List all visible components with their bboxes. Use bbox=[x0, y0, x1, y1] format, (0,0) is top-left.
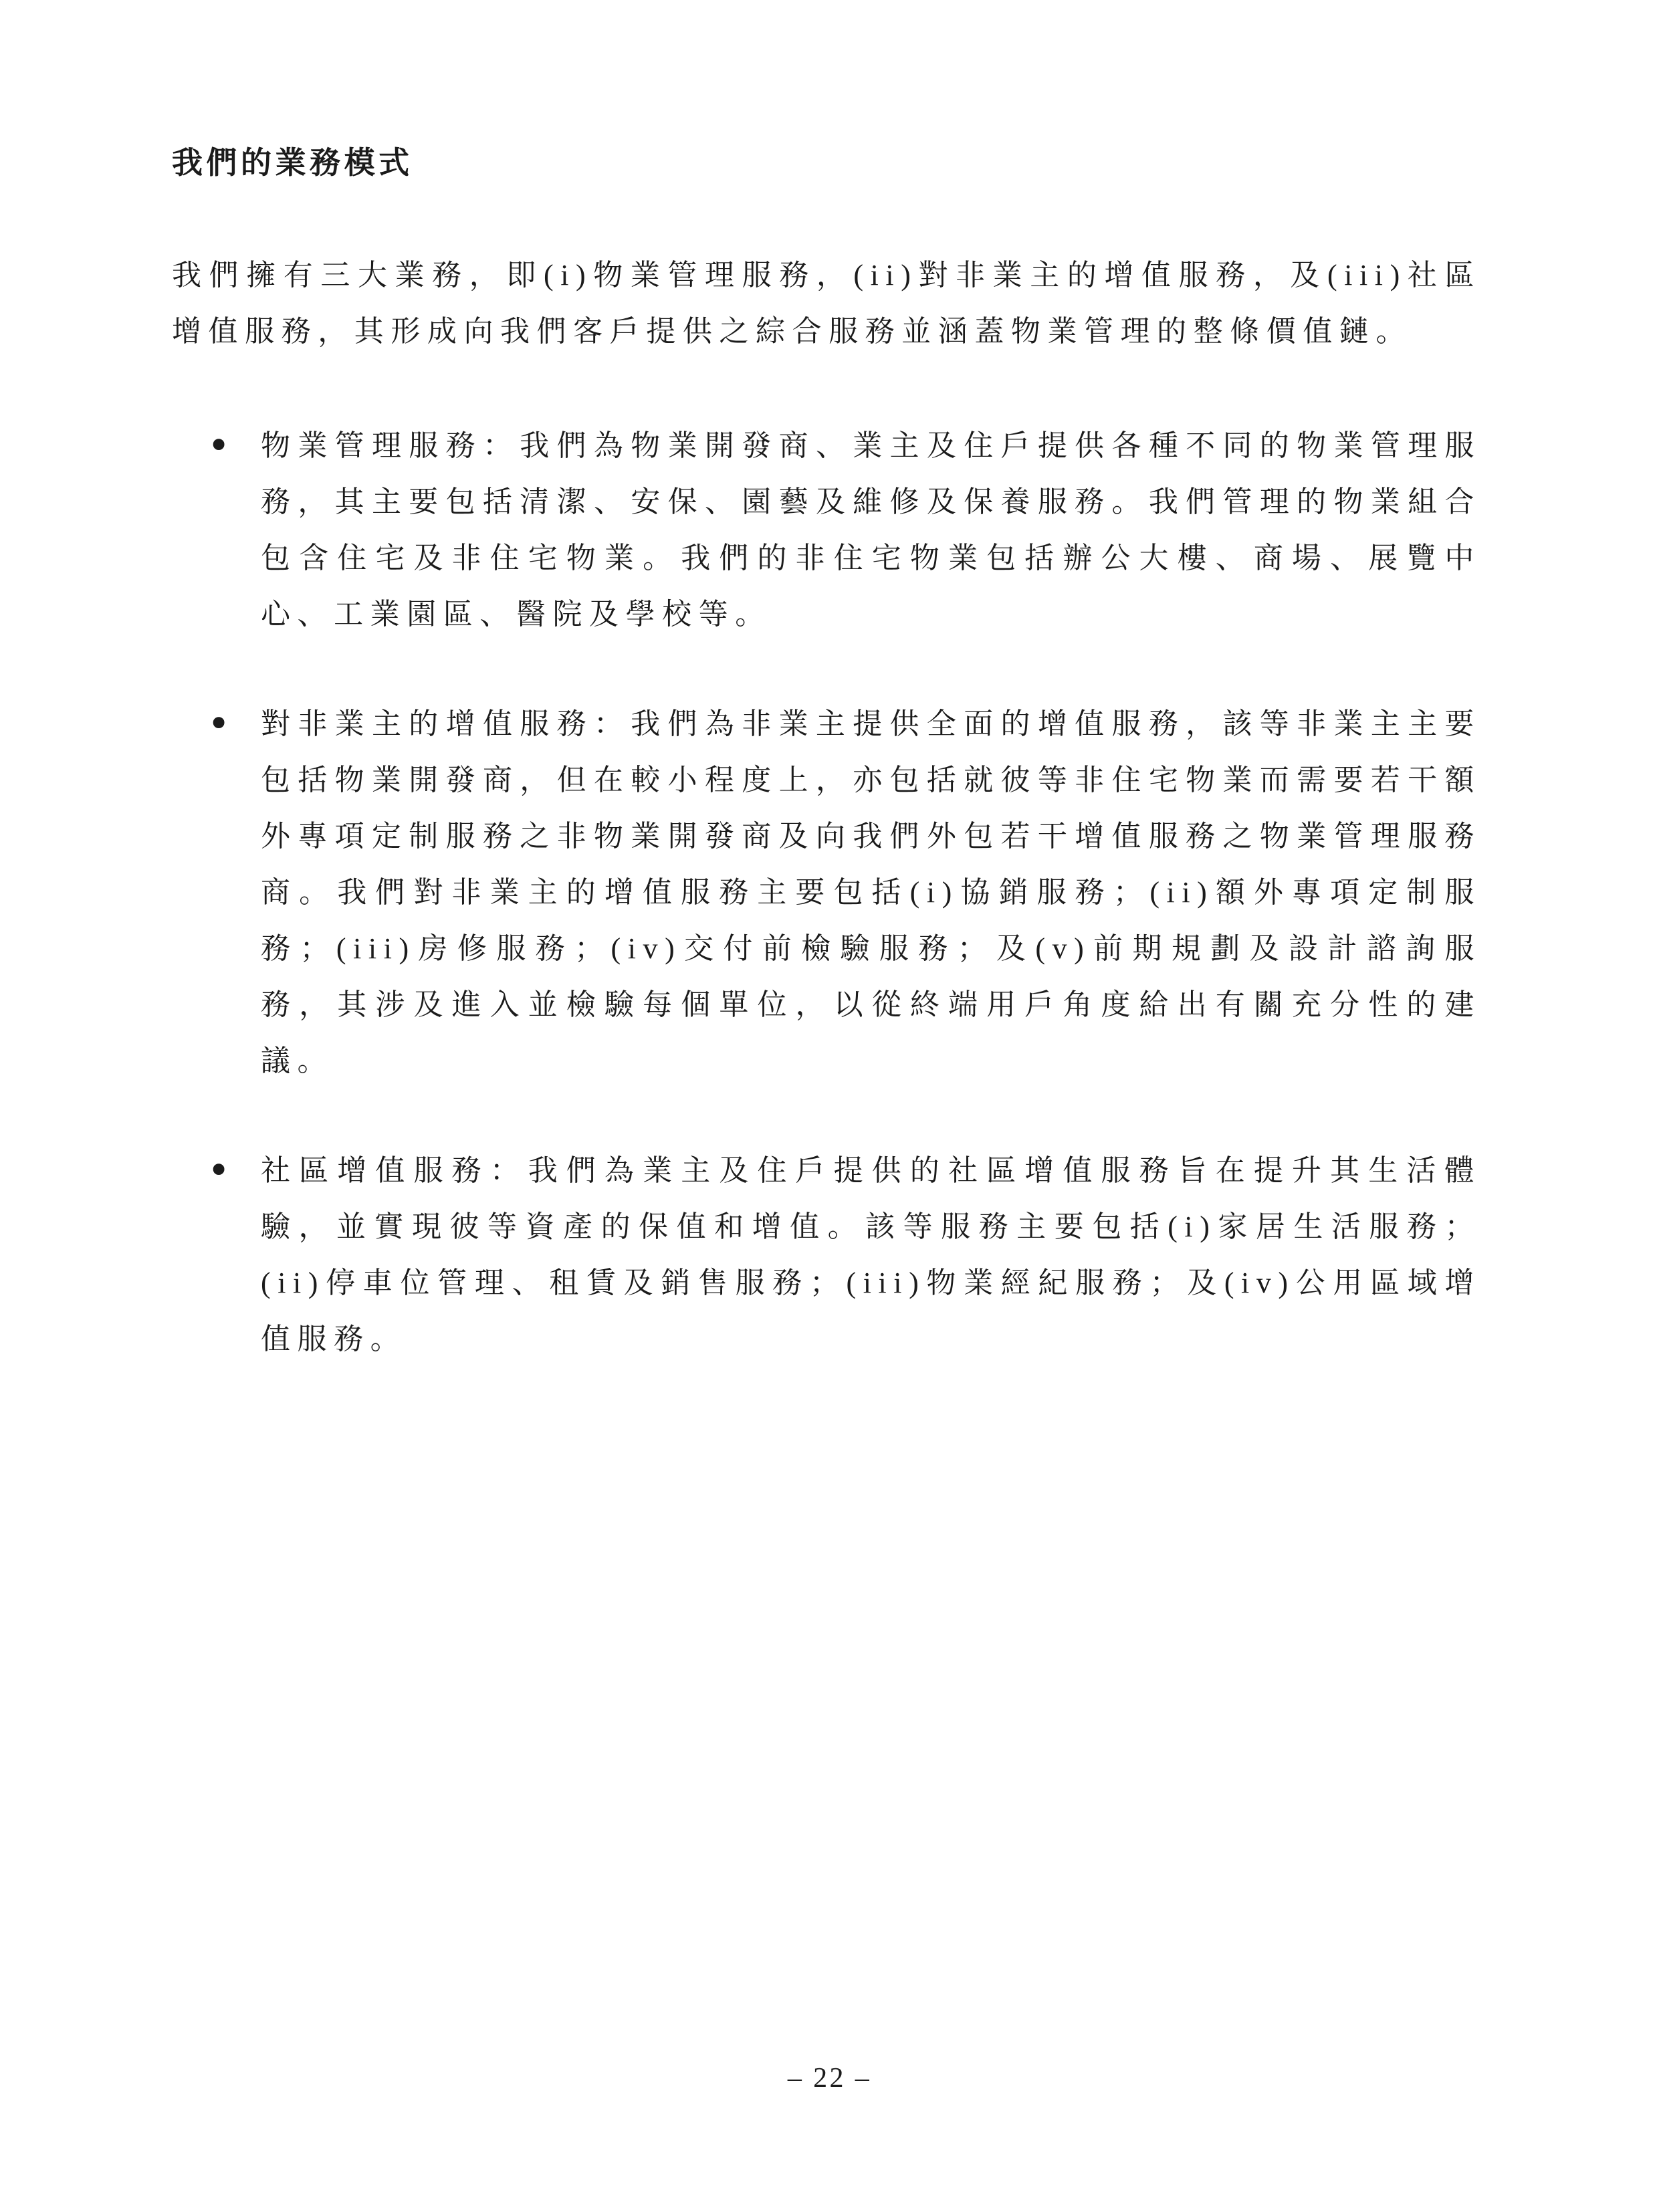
bullet-text: 社區增值服務：我們為業主及住戶提供的社區增值服務旨在提升其生活體驗，並實現彼等資… bbox=[261, 1143, 1481, 1367]
bullet-list: • 物業管理服務：我們為物業開發商、業主及住戶提供各種不同的物業管理服務，其主要… bbox=[172, 418, 1481, 1367]
bullet-item-community-vas: • 社區增值服務：我們為業主及住戶提供的社區增值服務旨在提升其生活體驗，並實現彼… bbox=[207, 1143, 1481, 1367]
page-number: – 22 – bbox=[0, 2061, 1659, 2096]
bullet-marker: • bbox=[207, 418, 261, 473]
intro-paragraph: 我們擁有三大業務，即(i)物業管理服務，(ii)對非業主的增值服務，及(iii)… bbox=[172, 247, 1481, 360]
section-heading: 我們的業務模式 bbox=[172, 142, 1481, 183]
bullet-item-non-owner-vas: • 對非業主的增值服務：我們為非業主提供全面的增值服務，該等非業主主要包括物業開… bbox=[207, 696, 1481, 1089]
bullet-marker: • bbox=[207, 1143, 261, 1198]
bullet-marker: • bbox=[207, 696, 261, 751]
document-page: 我們的業務模式 我們擁有三大業務，即(i)物業管理服務，(ii)對非業主的增值服… bbox=[0, 0, 1659, 2212]
bullet-item-property-management: • 物業管理服務：我們為物業開發商、業主及住戶提供各種不同的物業管理服務，其主要… bbox=[207, 418, 1481, 643]
bullet-text: 物業管理服務：我們為物業開發商、業主及住戶提供各種不同的物業管理服務，其主要包括… bbox=[261, 418, 1481, 643]
page-content: 我們的業務模式 我們擁有三大業務，即(i)物業管理服務，(ii)對非業主的增值服… bbox=[172, 142, 1481, 1367]
bullet-text: 對非業主的增值服務：我們為非業主提供全面的增值服務，該等非業主主要包括物業開發商… bbox=[261, 696, 1481, 1089]
